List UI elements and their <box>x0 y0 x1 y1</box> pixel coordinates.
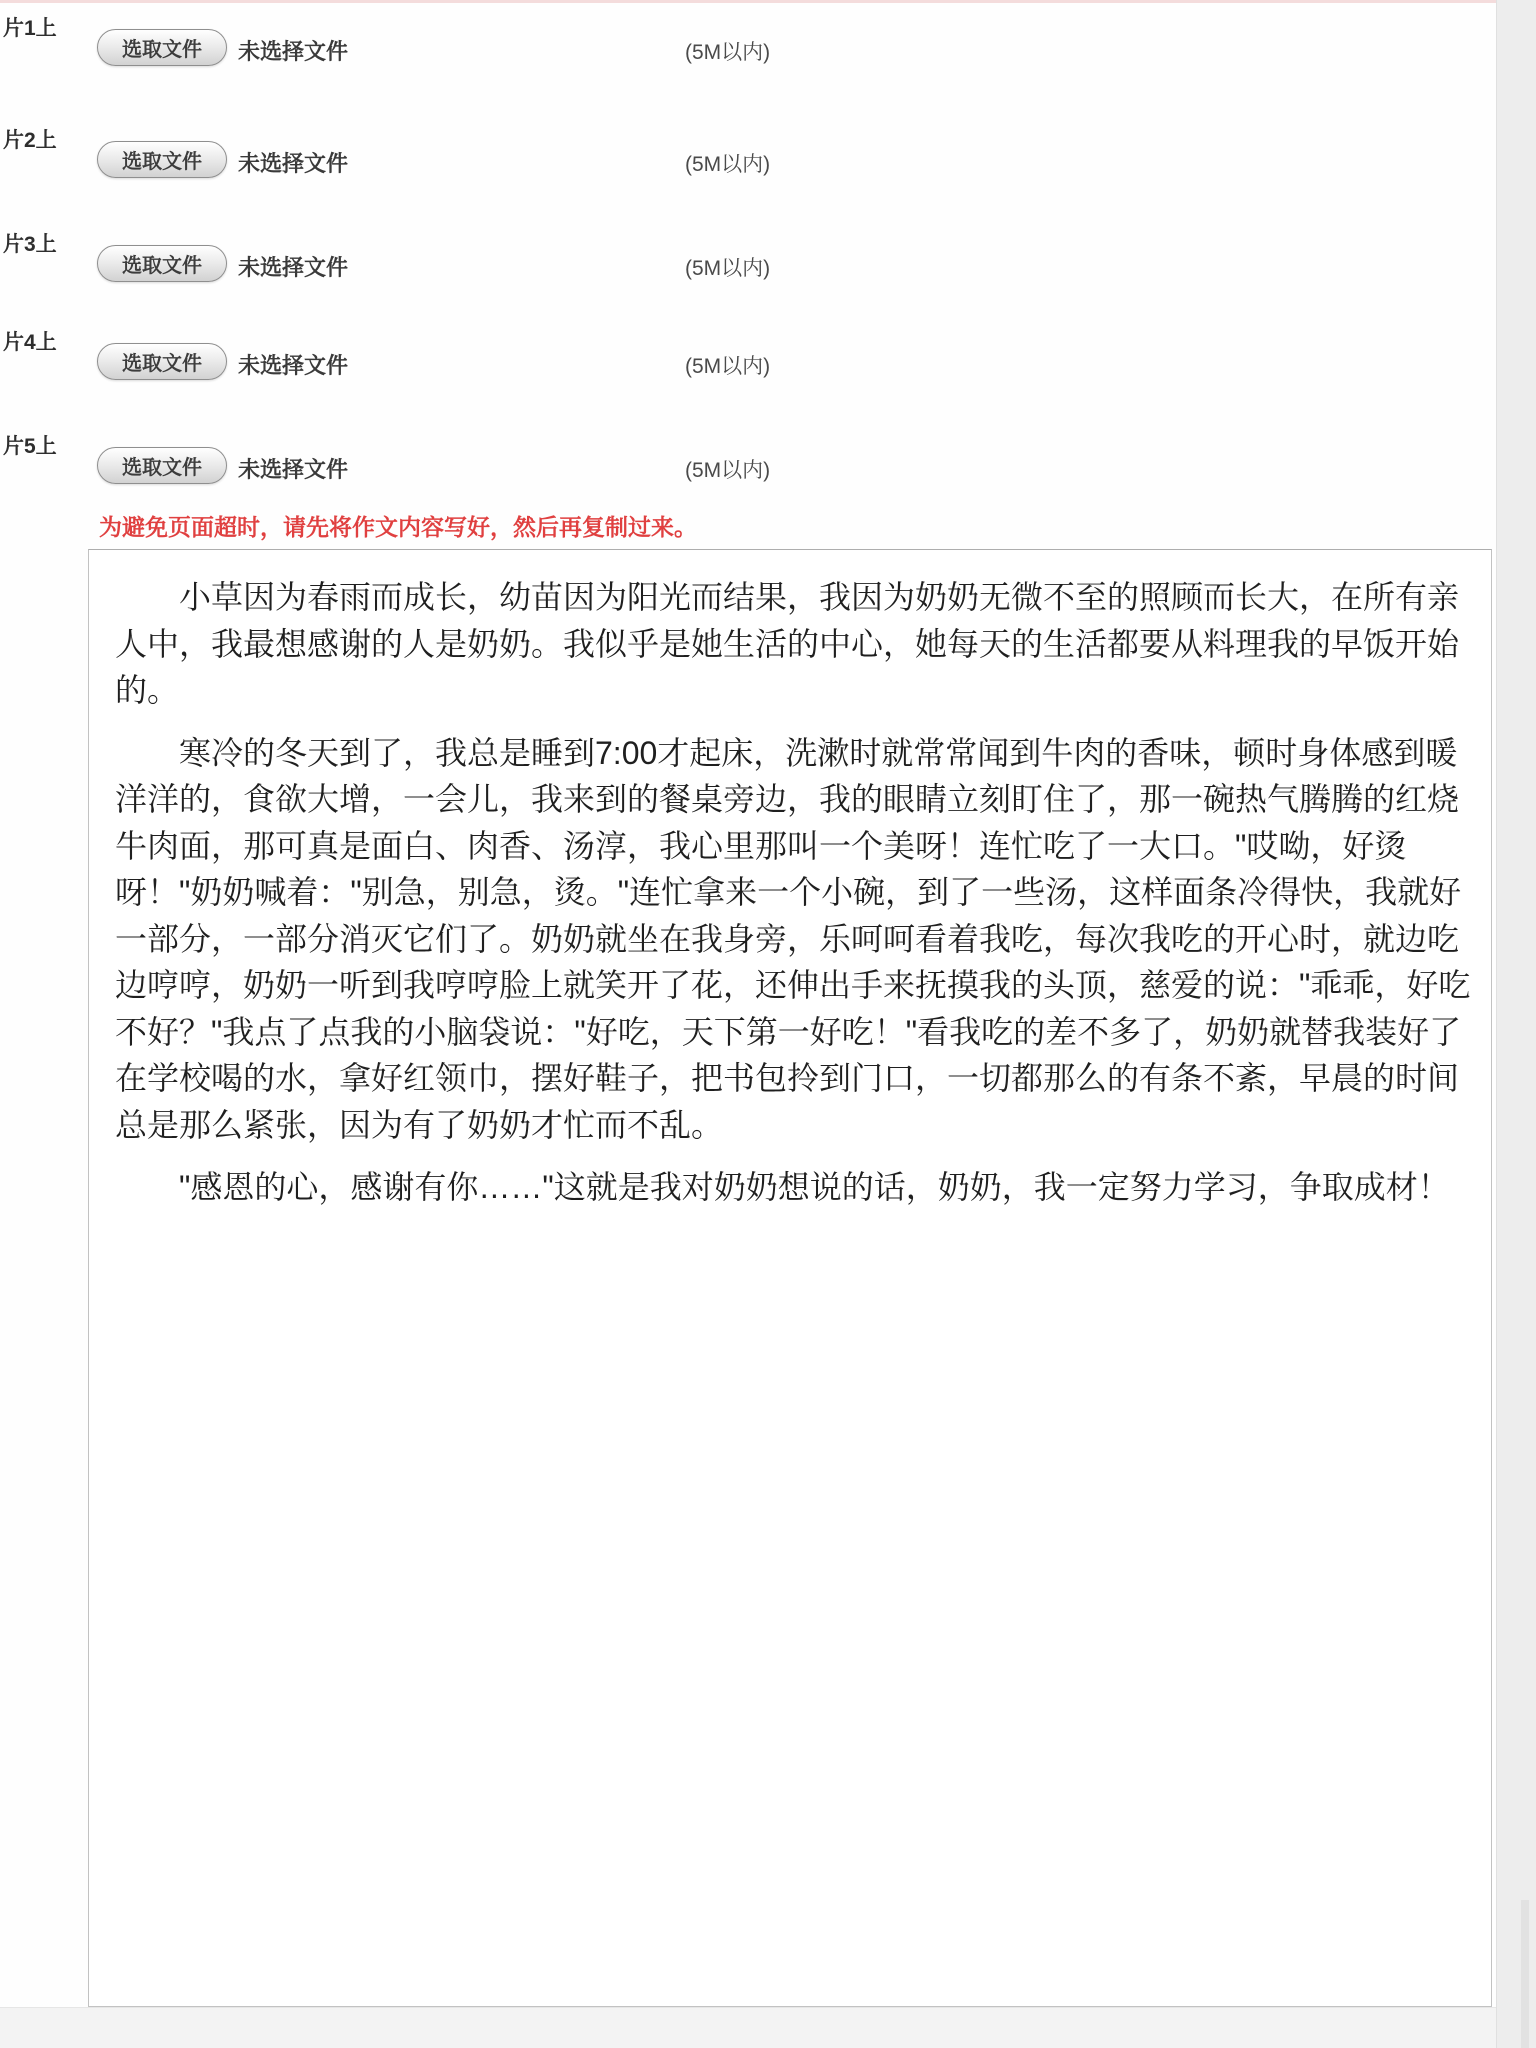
image-label: 片5上 <box>3 430 57 460</box>
no-file-chosen-text: 未选择文件 <box>238 251 348 282</box>
essay-paragraph: "感恩的心，感谢有你……"这就是我对奶奶想说的话，奶奶，我一定努力学习，争取成材… <box>115 1164 1477 1211</box>
essay-textarea[interactable]: 小草因为春雨而成长，幼苗因为阳光而结果，我因为奶奶无微不至的照顾而长大，在所有亲… <box>88 549 1492 2007</box>
image-label: 片4上 <box>3 326 57 356</box>
no-file-chosen-text: 未选择文件 <box>238 453 348 484</box>
page-top-line <box>0 0 1497 3</box>
image-label: 片3上 <box>3 228 57 258</box>
upload-row: 片1上 选取文件 未选择文件 (5M以内) <box>0 12 1490 92</box>
choose-file-button[interactable]: 选取文件 <box>97 343 227 380</box>
choose-file-button[interactable]: 选取文件 <box>97 245 227 282</box>
size-limit-hint: (5M以内) <box>685 252 770 282</box>
upload-row: 片5上 选取文件 未选择文件 (5M以内) <box>0 430 1490 510</box>
upload-row: 片3上 选取文件 未选择文件 (5M以内) <box>0 228 1490 308</box>
essay-paragraph: 寒冷的冬天到了，我总是睡到7:00才起床，洗漱时就常常闻到牛肉的香味，顿时身体感… <box>115 730 1477 1149</box>
scrollbar-thumb[interactable] <box>1521 1900 1529 2048</box>
upload-row: 片2上 选取文件 未选择文件 (5M以内) <box>0 124 1490 204</box>
size-limit-hint: (5M以内) <box>685 350 770 380</box>
no-file-chosen-text: 未选择文件 <box>238 35 348 66</box>
choose-file-button[interactable]: 选取文件 <box>97 447 227 484</box>
size-limit-hint: (5M以内) <box>685 148 770 178</box>
no-file-chosen-text: 未选择文件 <box>238 349 348 380</box>
image-label: 片2上 <box>3 124 57 154</box>
timeout-warning-text: 为避免页面超时，请先将作文内容写好，然后再复制过来。 <box>99 509 697 542</box>
right-gutter[interactable] <box>1496 0 1536 2048</box>
choose-file-button[interactable]: 选取文件 <box>97 29 227 66</box>
essay-paragraph: 小草因为春雨而成长，幼苗因为阳光而结果，我因为奶奶无微不至的照顾而长大，在所有亲… <box>115 574 1477 714</box>
bottom-gutter <box>0 2007 1536 2048</box>
image-label: 片1上 <box>3 12 57 42</box>
size-limit-hint: (5M以内) <box>685 454 770 484</box>
size-limit-hint: (5M以内) <box>685 36 770 66</box>
no-file-chosen-text: 未选择文件 <box>238 147 348 178</box>
choose-file-button[interactable]: 选取文件 <box>97 141 227 178</box>
upload-row: 片4上 选取文件 未选择文件 (5M以内) <box>0 326 1490 406</box>
